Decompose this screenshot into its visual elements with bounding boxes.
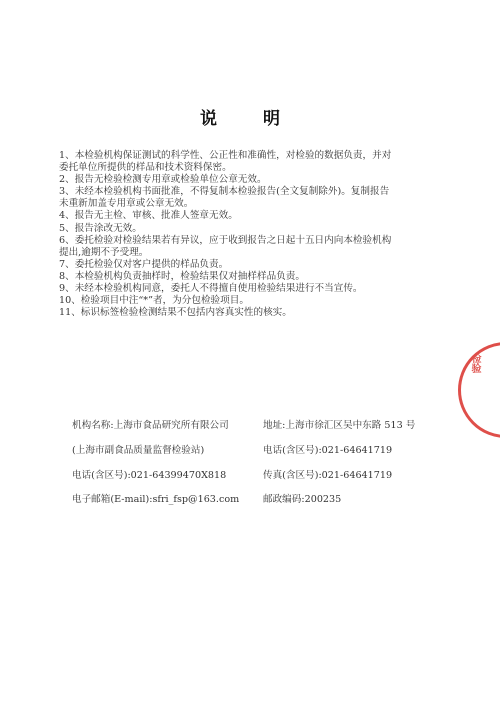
contact-row-1: 机构名称:上海市食品研究所有限公司 地址:上海市徐汇区吴中东路 513 号 [72, 417, 229, 431]
note-line: 未重新加盖专用章或公章无效。 [59, 198, 439, 210]
stamp-text: 检验 [467, 353, 482, 373]
red-seal-stamp: 检验 [458, 342, 500, 438]
note-line: 委托单位所提供的样品和技术资料保密。 [59, 162, 439, 174]
note-line: 8、本检验机构负责抽样时，检验结果仅对抽样样品负责。 [59, 271, 439, 283]
contact-row-3: 电话(含区号):021-64399470X818 传真(含区号):021-646… [72, 467, 226, 481]
org-name: 机构名称:上海市食品研究所有限公司 [72, 420, 229, 431]
note-line: 4、报告无主检、审核、批准人签章无效。 [59, 210, 439, 222]
postcode: 邮政编码:200235 [263, 491, 341, 505]
note-line: 5、报告涂改无效。 [59, 223, 439, 235]
note-line: 2、报告无检验检测专用章或检验单位公章无效。 [59, 174, 439, 186]
note-line: 6、委托检验对检验结果若有异议，应于收到报告之日起十五日内向本检验机构 [59, 235, 439, 247]
note-line: 1、本检验机构保证测试的科学性、公正性和准确性，对检验的数据负责，并对 [59, 150, 439, 162]
fax: 传真(含区号):021-64641719 [263, 467, 392, 481]
note-line: 提出,逾期不予受理。 [59, 247, 439, 259]
note-line: 3、未经本检验机构书面批准，不得复制本检验报告(全文复制除外)。复制报告 [59, 186, 439, 198]
note-line: 10、检验项目中注“*”者，为分包检验项目。 [59, 295, 439, 307]
email: 电子邮箱(E-mail):sfri_fsp@163.com [72, 494, 239, 505]
contact-row-4: 电子邮箱(E-mail):sfri_fsp@163.com 邮政编码:20023… [72, 491, 239, 505]
page-title: 说 明 [0, 104, 500, 129]
address: 地址:上海市徐汇区吴中东路 513 号 [263, 417, 415, 431]
contact-row-2: (上海市副食品质量监督检验站) 电话(含区号):021-64641719 [72, 442, 204, 456]
note-line: 9、未经本检验机构同意，委托人不得擅自使用检验结果进行不当宣传。 [59, 283, 439, 295]
phone-right: 电话(含区号):021-64641719 [263, 442, 392, 456]
note-line: 7、委托检验仅对客户提供的样品负责。 [59, 259, 439, 271]
phone-left: 电话(含区号):021-64399470X818 [72, 470, 226, 481]
notes-list: 1、本检验机构保证测试的科学性、公正性和准确性，对检验的数据负责，并对 委托单位… [59, 150, 439, 319]
note-line: 11、标识标签检验检测结果不包括内容真实性的核实。 [59, 307, 439, 319]
org-alias: (上海市副食品质量监督检验站) [72, 445, 204, 456]
